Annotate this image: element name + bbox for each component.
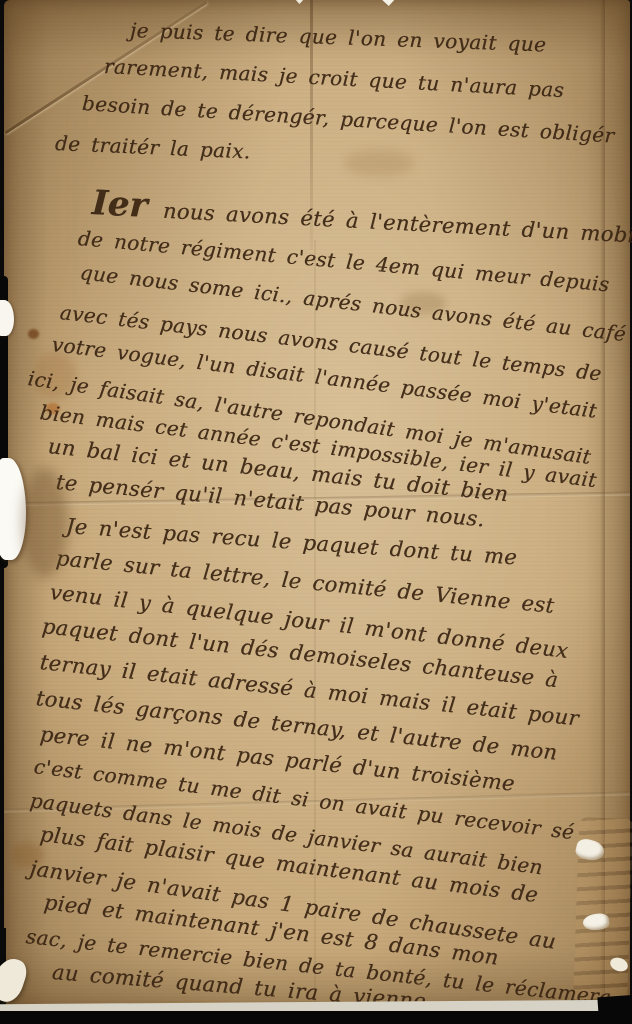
handwritten-line: de traitér la paix. xyxy=(54,131,251,164)
flourished-initial: Ier xyxy=(91,183,164,227)
handwriting-layer: je puis te dire que l'on en voyait quera… xyxy=(0,0,632,1024)
scanned-letter: je puis te dire que l'on en voyait quera… xyxy=(0,0,632,1024)
handwritten-line: rarement, mais je croit que tu n'aura pa… xyxy=(103,54,564,102)
handwritten-line: je puis te dire que l'on en voyait que xyxy=(130,18,547,57)
